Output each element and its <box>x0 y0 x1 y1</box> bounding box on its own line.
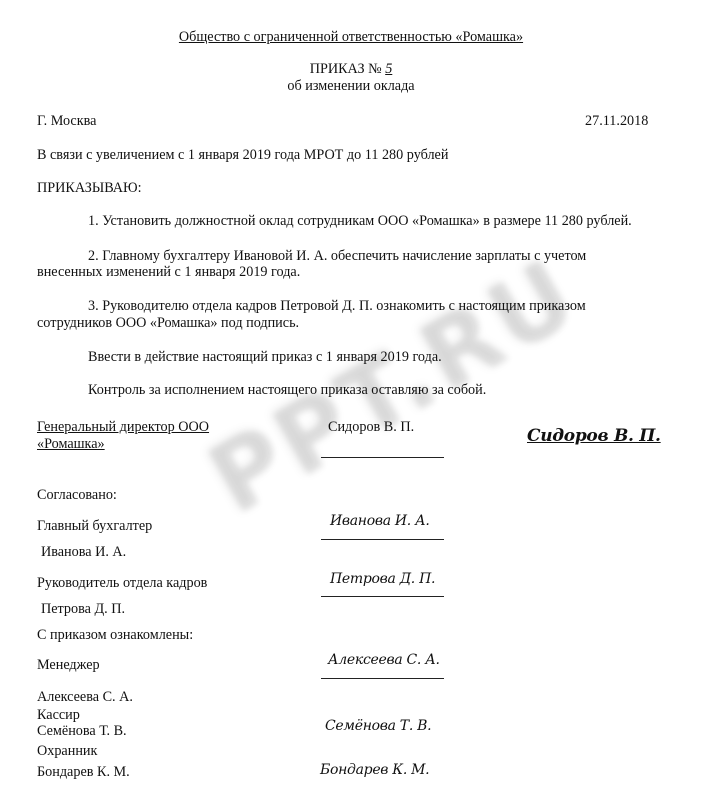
order-item-1: 1. Установить должностной оклад сотрудни… <box>88 213 632 230</box>
employee-position: Менеджер <box>37 657 100 674</box>
employee-name: Семёнова Т. В. <box>37 723 127 740</box>
employee-signature: Семёнова Т. В. <box>325 718 431 734</box>
employee-signature: Бондарев К. М. <box>320 762 429 778</box>
director-signature: Сидоров В. П. <box>527 426 661 446</box>
order-item-2-line-1: 2. Главному бухгалтеру Ивановой И. А. об… <box>88 248 586 265</box>
approver-signature-line <box>321 596 444 597</box>
order-date: 27.11.2018 <box>585 113 648 130</box>
approver-signature: Иванова И. А. <box>330 513 430 529</box>
order-item-2-line-2: внесенных изменений с 1 января 2019 года… <box>37 264 300 281</box>
control-clause: Контроль за исполнением настоящего прика… <box>88 382 486 399</box>
preamble: В связи с увеличением с 1 января 2019 го… <box>37 147 448 164</box>
director-name: Сидоров В. П. <box>328 419 414 436</box>
approved-label: Согласовано: <box>37 487 117 504</box>
employee-name: Алексеева С. А. <box>37 689 133 706</box>
order-item-3-line-2: сотрудников ООО «Ромашка» под подпись. <box>37 315 299 332</box>
employee-signature-line <box>321 678 444 679</box>
employee-name: Бондарев К. М. <box>37 764 130 781</box>
company-name: Общество с ограниченной ответственностью… <box>0 29 702 46</box>
employee-position: Охранник <box>37 743 97 760</box>
order-title-prefix: ПРИКАЗ № <box>310 61 382 77</box>
city: Г. Москва <box>37 113 96 130</box>
employee-position: Кассир <box>37 707 80 724</box>
approver-name: Петрова Д. П. <box>41 601 125 618</box>
acquainted-label: С приказом ознакомлены: <box>37 627 193 644</box>
director-title-line-1: Генеральный директор ООО <box>37 419 209 436</box>
employee-signature: Алексеева С. А. <box>328 652 440 668</box>
director-signature-line <box>321 457 444 458</box>
order-subject: об изменении оклада <box>0 78 702 95</box>
approver-signature: Петрова Д. П. <box>330 571 435 587</box>
effective-clause: Ввести в действие настоящий приказ с 1 я… <box>88 349 442 366</box>
order-title: ПРИКАЗ № 5 <box>0 61 702 78</box>
director-title-line-2: «Ромашка» <box>37 436 105 453</box>
approver-position: Главный бухгалтер <box>37 518 152 535</box>
approver-position: Руководитель отдела кадров <box>37 575 207 592</box>
order-item-3-line-1: 3. Руководителю отдела кадров Петровой Д… <box>88 298 586 315</box>
approver-name: Иванова И. А. <box>41 544 126 561</box>
order-word: ПРИКАЗЫВАЮ: <box>37 180 142 197</box>
approver-signature-line <box>321 539 444 540</box>
order-number: 5 <box>385 61 392 77</box>
